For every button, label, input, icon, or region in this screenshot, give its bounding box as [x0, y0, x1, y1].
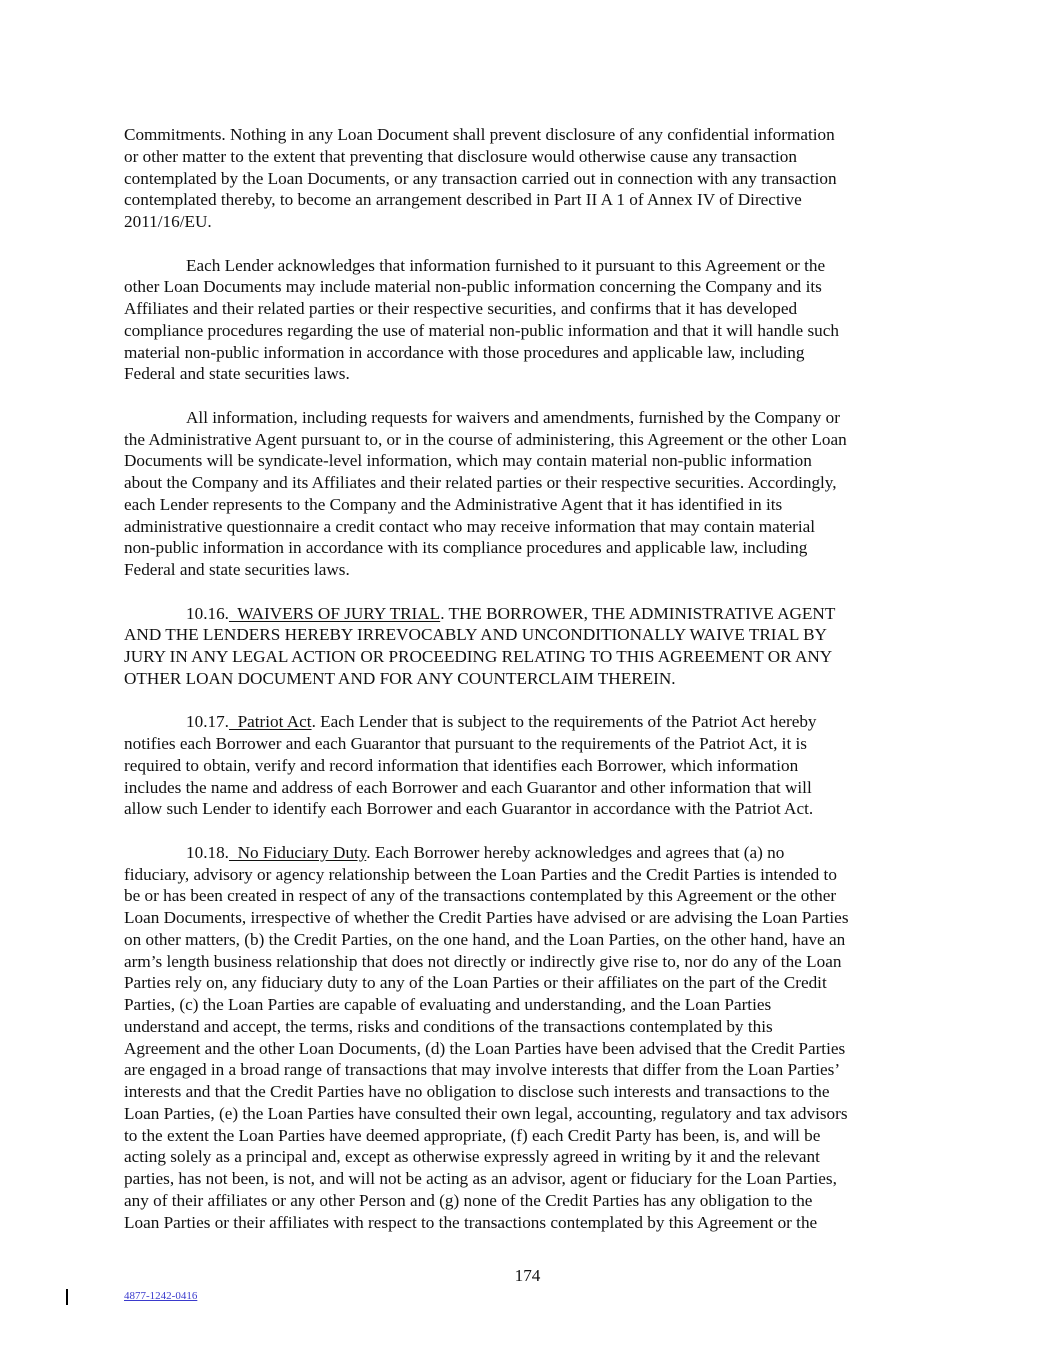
section-heading: No Fiduciary Duty [229, 843, 366, 862]
text-line: on other matters, (b) the Credit Parties… [124, 929, 934, 951]
text-line: acting solely as a principal and, except… [124, 1146, 934, 1168]
section-10-17: 10.17. Patriot Act. Each Lender that is … [124, 711, 934, 820]
section-number: 10.18. [186, 843, 229, 862]
document-page: Commitments. Nothing in any Loan Documen… [124, 124, 934, 1255]
section-10-16: 10.16. WAIVERS OF JURY TRIAL. THE BORROW… [124, 603, 934, 690]
section-number: 10.17. [186, 712, 229, 731]
text-line: Agreement and the other Loan Documents, … [124, 1038, 934, 1060]
text-line: parties, has not been, is not, and will … [124, 1168, 934, 1190]
section-10-18: 10.18. No Fiduciary Duty. Each Borrower … [124, 842, 934, 1234]
text-line: AND THE LENDERS HEREBY IRREVOCABLY AND U… [124, 624, 934, 646]
text-line: understand and accept, the terms, risks … [124, 1016, 934, 1038]
text-line: Loan Parties or their affiliates with re… [124, 1212, 934, 1234]
section-first-line: 10.16. WAIVERS OF JURY TRIAL. THE BORROW… [124, 603, 934, 625]
revision-change-bar [66, 1289, 68, 1305]
text-line: Federal and state securities laws. [124, 363, 934, 385]
text-line: Affiliates and their related parties or … [124, 298, 934, 320]
section-number: 10.16. [186, 604, 229, 623]
text-line: or other matter to the extent that preve… [124, 146, 934, 168]
text-line: other Loan Documents may include materia… [124, 276, 934, 298]
section-first-line-rest: . Each Lender that is subject to the req… [312, 712, 817, 731]
paragraph-lender-acknowledgement: Each Lender acknowledges that informatio… [124, 255, 934, 386]
text-line: non-public information in accordance wit… [124, 537, 934, 559]
text-line-content: All information, including requests for … [186, 408, 840, 427]
text-line: Parties, (c) the Loan Parties are capabl… [124, 994, 934, 1016]
text-line: material non-public information in accor… [124, 342, 934, 364]
text-line: interests and that the Credit Parties ha… [124, 1081, 934, 1103]
text-line: Loan Documents, irrespective of whether … [124, 907, 934, 929]
section-heading: WAIVERS OF JURY TRIAL [229, 604, 440, 623]
text-line: 2011/16/EU. [124, 211, 934, 233]
text-line: required to obtain, verify and record in… [124, 755, 934, 777]
text-line: to the extent the Loan Parties have deem… [124, 1125, 934, 1147]
text-line: Commitments. Nothing in any Loan Documen… [124, 124, 934, 146]
paragraph-commitments: Commitments. Nothing in any Loan Documen… [124, 124, 934, 233]
text-line: Documents will be syndicate-level inform… [124, 450, 934, 472]
text-line: Each Lender acknowledges that informatio… [124, 255, 934, 277]
text-line: be or has been created in respect of any… [124, 885, 934, 907]
text-line: contemplated by the Loan Documents, or a… [124, 168, 934, 190]
text-line: Loan Parties, (e) the Loan Parties have … [124, 1103, 934, 1125]
text-line: compliance procedures regarding the use … [124, 320, 934, 342]
section-first-line: 10.18. No Fiduciary Duty. Each Borrower … [124, 842, 934, 864]
text-line: Parties rely on, any fiduciary duty to a… [124, 972, 934, 994]
section-first-line-rest: . Each Borrower hereby acknowledges and … [366, 843, 784, 862]
text-line: about the Company and its Affiliates and… [124, 472, 934, 494]
text-line: each Lender represents to the Company an… [124, 494, 934, 516]
section-first-line: 10.17. Patriot Act. Each Lender that is … [124, 711, 934, 733]
text-line: OTHER LOAN DOCUMENT AND FOR ANY COUNTERC… [124, 668, 934, 690]
text-line: are engaged in a broad range of transact… [124, 1059, 934, 1081]
text-line: notifies each Borrower and each Guaranto… [124, 733, 934, 755]
text-line: administrative questionnaire a credit co… [124, 516, 934, 538]
section-first-line-rest: . THE BORROWER, THE ADMINISTRATIVE AGENT [440, 604, 835, 623]
text-line: any of their affiliates or any other Per… [124, 1190, 934, 1212]
text-line: All information, including requests for … [124, 407, 934, 429]
text-line-content: Each Lender acknowledges that informatio… [186, 256, 825, 275]
document-id-link[interactable]: 4877-1242-0416 [124, 1290, 197, 1302]
text-line: JURY IN ANY LEGAL ACTION OR PROCEEDING R… [124, 646, 934, 668]
text-line: includes the name and address of each Bo… [124, 777, 934, 799]
paragraph-syndicate-information: All information, including requests for … [124, 407, 934, 581]
page-number: 174 [0, 1266, 1055, 1286]
text-line: contemplated thereby, to become an arran… [124, 189, 934, 211]
text-line: fiduciary, advisory or agency relationsh… [124, 864, 934, 886]
text-line: the Administrative Agent pursuant to, or… [124, 429, 934, 451]
section-heading: Patriot Act [229, 712, 312, 731]
text-line: allow such Lender to identify each Borro… [124, 798, 934, 820]
text-line: Federal and state securities laws. [124, 559, 934, 581]
text-line: arm’s length business relationship that … [124, 951, 934, 973]
